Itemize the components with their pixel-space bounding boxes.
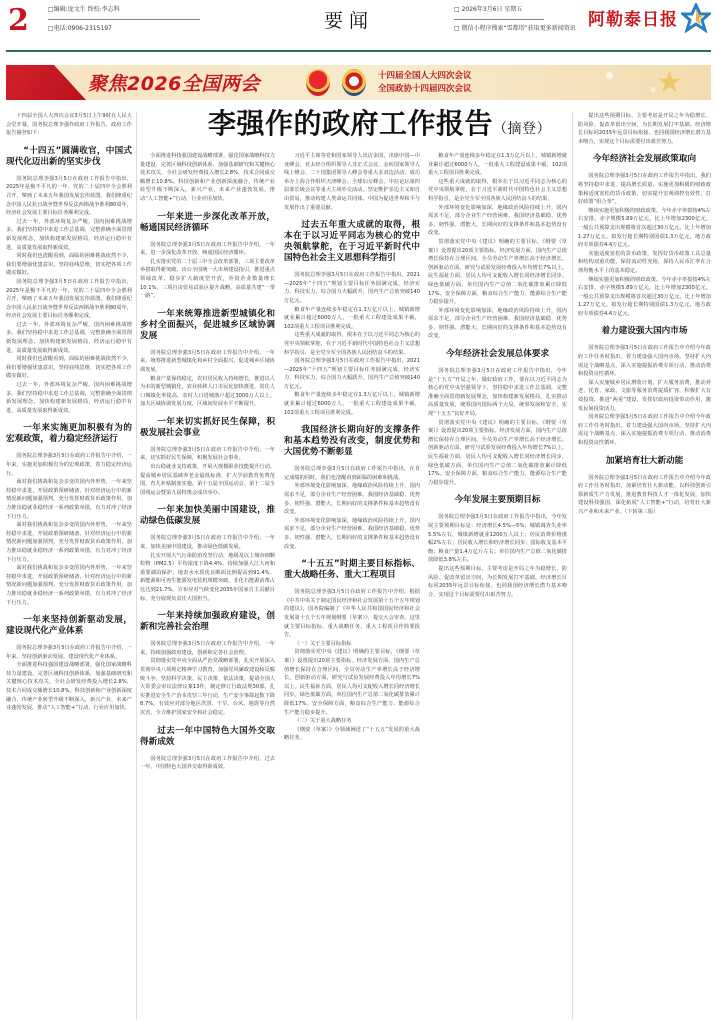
paragraph: 粮食产量保持稳定，农村居民收入持续增长，推进以人为本的新型城镇化，农业转移人口市… [140, 375, 275, 409]
banner-line-2: 全国政协十四届四次会议 [378, 83, 472, 96]
editor-line: □编辑:庞文生 终校:李志科 [48, 6, 200, 14]
paragraph: （二）关于重大战略任务 [284, 717, 420, 726]
phone-line: □电话:0906-2315197 [48, 25, 200, 33]
section-heading: 过去一年中国特色大国外交取得新成效 [140, 726, 275, 748]
paragraph: 过去一年，外部环境复杂严峻，国内困难挑战增多。我们坚持稳中求进工作总基调，完整准… [6, 321, 132, 355]
paragraph: 外部环境变化影响加深，地缘政治风险持续上升，国内需求不足，部分企业生产经营困难。… [284, 517, 420, 551]
paragraph: 国务院总理李强3月5日在政府工作报告中指出，今年是“十五五”开局之年。做好政府工… [428, 367, 567, 419]
meta-divider [48, 19, 200, 20]
paragraph: （一）关于主要目标指标 [284, 640, 420, 649]
two-sessions-banner: 聚焦2026全国两会 十四届全国人大四次会议 全国政协十四届四次会议 ★ [6, 65, 711, 100]
masthead: 2 □编辑:庞文生 终校:李志科 □电话:0906-2315197 要闻 □ 2… [0, 0, 717, 49]
paragraph: 国务院总理李强3月5日在政府工作报告中介绍今年政府工作任务时指出，加紧培育壮大新… [578, 474, 711, 517]
paragraph: 提出这些预期目标，主要考虑是开局之年为稳增长、防风险、促改革留出空间，为长期发展… [578, 112, 711, 146]
section-heading: 今年经济社会发展政策取向 [578, 154, 711, 165]
paragraph: 扎实开展大气污染防治攻坚行动，地级及以上城市细颗粒物（PM2.5）平均浓度下降4… [140, 552, 275, 604]
section-heading: 一年来持续加强政府建设，创新和完善社会治理 [140, 611, 275, 633]
page-number: 2 [8, 4, 29, 38]
section-heading: 一年来坚持创新驱动发展，建设现代化产业体系 [6, 615, 132, 637]
section-title: 要闻 [324, 6, 374, 33]
paragraph: 外部环境变化影响加深，地缘政治风险持续上升，国内需求不足，部分企业生产经营困难。… [428, 204, 567, 238]
headline-suffix: （摘登） [493, 121, 551, 137]
paragraph: 外部环境变化影响加深，地缘政治风险持续上升，国内需求不足，部分企业生产经营困难。… [428, 307, 567, 341]
paragraph: 粮食年产量连续多年稳定在1.3万亿斤以上，城镇新增就业累计超过6000万人，一批… [428, 152, 567, 178]
paragraph: 粮食年产量连续多年稳定在1.3万亿斤以上，城镇新增就业累计超过6000万人，一批… [284, 391, 420, 417]
paragraph: 国务院总理李强3月5日在政府工作报告中介绍，过去一年，中国特色大国外交取得新成效… [140, 755, 275, 772]
section-heading: 一年来切实抓好民生保障，积极发展社会事业 [140, 417, 275, 439]
paragraph: 面对我们挑战和复杂多变的国内外形势，一年来坚持稳中求进，开展政策预研储备，针对经… [6, 521, 132, 564]
paragraph: 习近平主席等党和国家领导人出访多国，出席中国—中亚峰会、亚太经合组织领导人非正式… [284, 152, 420, 212]
paragraph: 国务院总理李强3月5日在政府工作报告中指出，今年发展主要预期目标是：经济增长4.… [428, 513, 567, 565]
paragraph: 外部环境变化影响加深，地缘政治风险持续上升，国内需求不足，部分企业生产经营困难。… [284, 482, 420, 516]
banner-sessions: 十四届全国人大四次会议 全国政协十四届四次会议 [378, 70, 472, 96]
section-heading: 过去五年重大成就的取得，根本在于以习近平同志为核心的党中央领航掌舵，在于习近平新… [284, 220, 420, 264]
paragraph: 贯彻落实党中央《建议》明确的主要目标，《纲要（草案）》设置提出20项主要指标。经… [428, 238, 567, 307]
column-1: 十四届全国人大四次会议3月5日上午9时在人民大会堂开幕，国务院总理李强作政府工作… [6, 112, 132, 1020]
column-4: 粮食年产量连续多年稳定在1.3万亿斤以上，城镇新增就业累计超过6000万人，一批… [428, 152, 567, 1020]
section-heading: 我国经济长期向好的支撑条件和基本趋势没有改变，制度优势和大国优势不断彰显 [284, 425, 420, 458]
paragraph: 面对我们挑战和复杂多变的国内外形势，一年来坚持稳中求进，开展政策预研储备，针对经… [6, 564, 132, 607]
banner-title: 聚焦2026全国两会 [88, 69, 260, 96]
paragraph: 继续实施更加积极的财政政策。今年赤字率拟按4%左右安排，赤字规模5.89万亿元，… [578, 207, 711, 250]
paragraph: 过去一年，外部环境复杂严峻，国内困难挑战增多。我们坚持稳中求进工作总基调，完整准… [6, 218, 132, 252]
paragraph: 粮食年产量连续多年稳定在1.3万亿斤以上，城镇新增就业累计超过6000万人，一批… [284, 306, 420, 332]
paragraph: 国务院总理李强3月5日在政府工作报告中介绍今年政府工作任务时指出，着力建设强大国… [578, 344, 711, 378]
cppcc-emblem-icon [342, 69, 366, 96]
paragraph: 国务院总理李强3月5日在政府工作报告中介绍，一年来，切实抓好民生保障，积极发展社… [140, 446, 275, 463]
paragraph: 过去一年，外部环境复杂严峻，国内困难挑战增多。我们坚持稳中求进工作总基调，完整准… [6, 381, 132, 415]
paragraph: 国务院总理李强3月5日在政府工作报告中指出，2025年是极不平凡的一年。党的二十… [6, 278, 132, 321]
paragraph: 国务院总理李强3月5日在政府工作报告中介绍，一年来，进一步深化改革开放，畅通国民… [140, 241, 275, 258]
banner-line-1: 十四届全国人大四次会议 [378, 70, 472, 83]
headline-text: 李强作的政府工作报告 [208, 107, 493, 140]
paragraph: 国务院总理李强3月5日在政府工作报告中介绍，根据《中共中央关于制定国民经济和社会… [284, 588, 420, 640]
paragraph: 国务院总理李强3月5日在政府工作报告中介绍，一年来，加快美丽中国建设，推动绿色低… [140, 534, 275, 551]
section-heading: 一年来进一步深化改革开放，畅通国民经济循环 [140, 212, 275, 234]
section-heading: “十四五”圆满收官，中国式现代化迈出新的坚实步伐 [6, 146, 132, 168]
paragraph: 出台稳就业支持政策，开展大规模职业技能提升行动。提高城乡居民基础养老金最低标准，… [140, 463, 275, 497]
date-info: □ 2026年3月6日 星期五 □ 微信小程序搜索“雪都塔”获取更多新闻资讯 [454, 6, 576, 33]
column-divider [136, 112, 137, 1020]
meta-divider [454, 19, 544, 20]
paragraph: 扎实落实党的二十届三中全会改革部署，三项主要改革举措取得新突破。出台全国统一大市… [140, 258, 275, 301]
column-2: 全面推进科技强国建设战略部署，强化国家战略科技力量建设，完善区域科技创新体系，加… [140, 152, 275, 1020]
column-divider [572, 112, 573, 1020]
paragraph: 国务院总理李强3月5日在政府工作报告中指出，我们将坚持稳中求进，提高增长质量，实… [578, 172, 711, 206]
section-heading: 一年来加快美丽中国建设，推动绿色低碳发展 [140, 505, 275, 527]
column-3: 习近平主席等党和国家领导人出访多国，出席中国—中亚峰会、亚太经合组织领导人非正式… [284, 152, 420, 1020]
editor-info: □编辑:庞文生 终校:李志科 □电话:0906-2315197 [48, 6, 200, 33]
paragraph: 国务院总理李强3月5日在政府工作报告中指出，在肯定成绩的同时，我们也清醒看到面临… [284, 465, 420, 482]
column-5: 提出这些预期目标，主要考虑是开局之年为稳增长、防风险、促改革留出空间，为长期发展… [578, 112, 711, 1020]
paragraph: 贯彻落实党中央全面从严治党战略部署，扎实开展深入贯彻中央八项规定精神学习教育，加… [140, 657, 275, 717]
article-headline: 李强作的政府工作报告（摘登） [208, 102, 551, 142]
section-heading: 加紧培育壮大新动能 [578, 456, 711, 467]
section-heading: 今年经济社会发展总体要求 [428, 349, 567, 360]
paragraph: 实施适度宽松的货币政策，发挥好货币政策工具总量和结构双重功能，保持流动性充裕，保… [578, 250, 711, 276]
section-heading: 一年来实施更加积极有为的宏观政策，着力稳定经济运行 [6, 423, 132, 445]
newspaper-name: 阿勒泰日报 [588, 5, 678, 30]
paragraph: 同时我们也清醒看到，面临的困难挑战依然不少，我们要增强忧患意识，坚持底线思维，切… [6, 252, 132, 278]
banner-decoration [566, 65, 711, 100]
paragraph: 全面推进科技强国建设战略部署，强化国家战略科技力量建设，完善区域科技创新体系，加… [140, 152, 275, 204]
paragraph: 贯彻落实党中央《建议》明确的主要目标，《纲要（草案）》设置提出20项主要指标。经… [428, 419, 567, 488]
section-heading: 今年发展主要预期目标 [428, 495, 567, 506]
paragraph: 这些重大成就的取得，根本在于以习近平同志为核心的党中央领航掌舵，在于习近平新时代… [284, 331, 420, 357]
section-heading: 着力建设强大国内市场 [578, 326, 711, 337]
paragraph: 国务院总理李强3月5日在政府工作报告中介绍，一年来，统筹推进新型城镇化和乡村全面… [140, 349, 275, 375]
paragraph: 继续实施更加积极的财政政策。今年赤字率拟按4%左右安排，赤字规模5.89万亿元，… [578, 276, 711, 319]
star-icon: ★ [656, 68, 683, 98]
paragraph: 国务院总理李强3月5日在政府工作报告中介绍，一年来，坚持创新驱动发展，建设现代化… [6, 644, 132, 661]
paragraph: 国务院总理李强3月5日在政府工作报告中指出，2021—2025年“十四五”规划主… [284, 271, 420, 305]
paragraph: 深入实施城乡居民增收计划，扩大服务消费，推动养老、托育、家政、文旅等服务消费提质… [578, 379, 711, 413]
paragraph: 这些重大成就的取得，根本在于以习近平同志为核心的党中央领航掌舵，在于习近平新时代… [428, 178, 567, 204]
masthead-rule [6, 50, 711, 52]
paragraph: 国务院总理李强3月5日在政府工作报告中指出，2025年是极不平凡的一年。党的二十… [6, 175, 132, 218]
paragraph: 国务院总理李强3月5日在政府工作报告中指出，2021—2025年“十四五”规划主… [284, 357, 420, 391]
paragraph: 全面推进科技强国建设战略部署，强化国家战略科技力量建设，完善区域科技创新体系，加… [6, 661, 132, 713]
paragraph: 国务院总理李强3月5日在政府工作报告中介绍，一年来，实施更加积极有为的宏观政策，… [6, 452, 132, 478]
paragraph: 《纲要（草案）》分领域阐述了“十五五”发展的重大战略任务。 [284, 726, 420, 743]
paragraph: 国务院总理李强3月5日在政府工作报告中介绍，一年来，持续加强政府建设，创新和完善… [140, 640, 275, 657]
date-line: □ 2026年3月6日 星期五 [454, 6, 576, 14]
paragraph: 国务院总理李强3月5日在政府工作报告中介绍今年政府工作任务时指出，着力建设强大国… [578, 413, 711, 447]
paragraph: 贯彻落实党中央《建议》明确的主要目标，《纲要（草案）》设置提出20项主要指标。经… [284, 648, 420, 717]
national-emblem-icon [306, 69, 330, 96]
paragraph: 提出这些预期目标，主要考虑是开局之年为稳增长、防风险、促改革留出空间，为长期发展… [428, 565, 567, 599]
section-heading: 一年来统筹推进新型城镇化和乡村全面振兴，促进城乡区域协调发展 [140, 309, 275, 342]
red-flag-icon [6, 65, 86, 100]
newspaper-logo-icon [681, 3, 711, 33]
article-intro: 十四届全国人大四次会议3月5日上午9时在人民大会堂开幕，国务院总理李强作政府工作… [6, 112, 132, 138]
paragraph: 同时我们也清醒看到，面临的困难挑战依然不少，我们要增强忧患意识，坚持底线思维，切… [6, 355, 132, 381]
paragraph: 面对我们挑战和复杂多变的国内外形势，一年来坚持稳中求进，开展政策预研储备，针对经… [6, 478, 132, 521]
wechat-line: □ 微信小程序搜索“雪都塔”获取更多新闻资讯 [454, 25, 576, 33]
section-heading: “十五五”时期主要目标指标、重大战略任务、重大工程项目 [284, 559, 420, 581]
